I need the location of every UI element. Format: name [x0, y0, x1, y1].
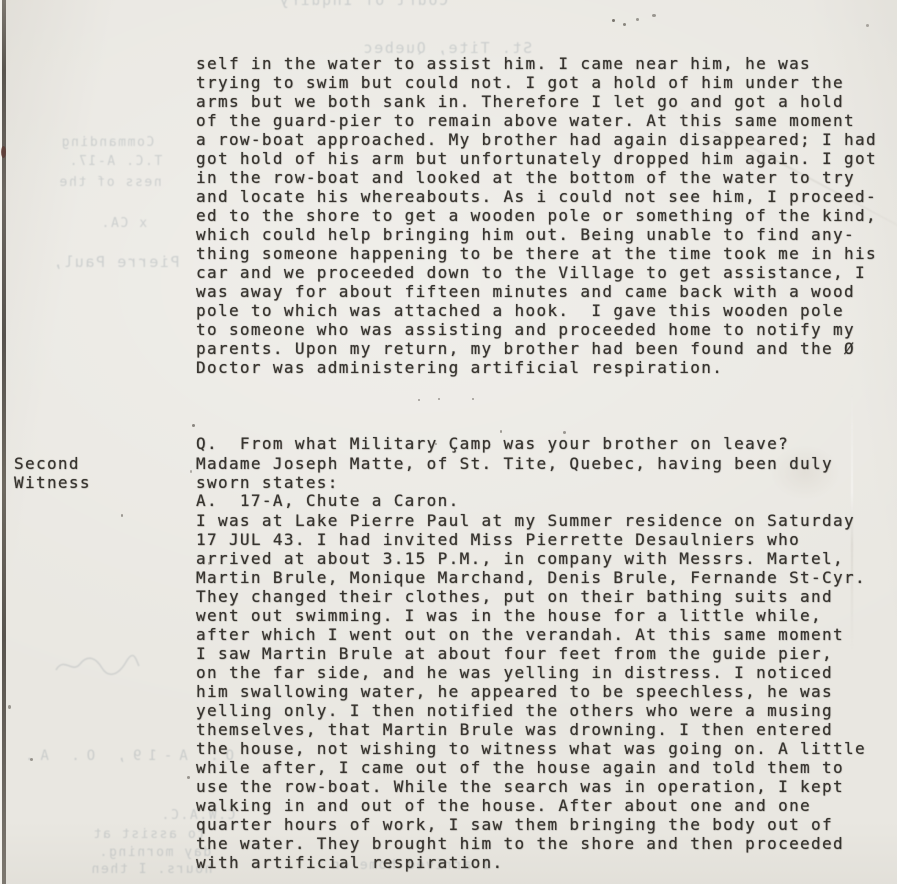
- paper-speck: [187, 776, 190, 779]
- bleedthrough-text: hours. I then: [90, 862, 213, 877]
- document-page: Court of InquirySt. Tite, QuebecCommandi…: [0, 0, 897, 884]
- bleedthrough-text: ness of the: [58, 175, 162, 190]
- paper-speck: [652, 14, 656, 17]
- paper-speck: [636, 18, 639, 21]
- faint-handwriting-mark: [52, 648, 142, 686]
- bleedthrough-text: Court of Inquiry: [278, 0, 448, 9]
- paper-speck: [8, 705, 11, 709]
- bleedthrough-text: Pierre Paul,: [52, 253, 180, 271]
- first-witness-statement-continued: self in the water to assist him. I came …: [196, 54, 877, 377]
- paper-speck: [623, 23, 626, 26]
- answer-line: A. 17-A, Chute a Caron.: [196, 491, 789, 510]
- paper-speck: [1, 146, 6, 158]
- bleedthrough-text: Commanding: [60, 135, 154, 150]
- bleedthrough-text: day morning.: [98, 845, 211, 860]
- bleedthrough-text: x CA.: [100, 216, 147, 231]
- paper-speck: [30, 758, 33, 761]
- page-left-edge-line: [2, 0, 6, 884]
- paper-speck: [612, 19, 615, 22]
- paper-speck: [866, 24, 869, 27]
- second-witness-intro: Madame Joseph Matte, of St. Tite, Quebec…: [196, 454, 833, 492]
- question-line: Q. From what Military Çamp was your brot…: [196, 434, 789, 453]
- second-witness-margin-label: Second Witness: [14, 454, 91, 492]
- bleedthrough-text: T.C. A-17.: [68, 154, 162, 169]
- paper-speck: [190, 470, 192, 473]
- bleedthrough-text: to assist at: [92, 827, 205, 842]
- paper-speck: [192, 424, 195, 427]
- second-witness-statement: I was at Lake Pierre Paul at my Summer r…: [196, 511, 866, 872]
- paper-speck: [121, 514, 123, 517]
